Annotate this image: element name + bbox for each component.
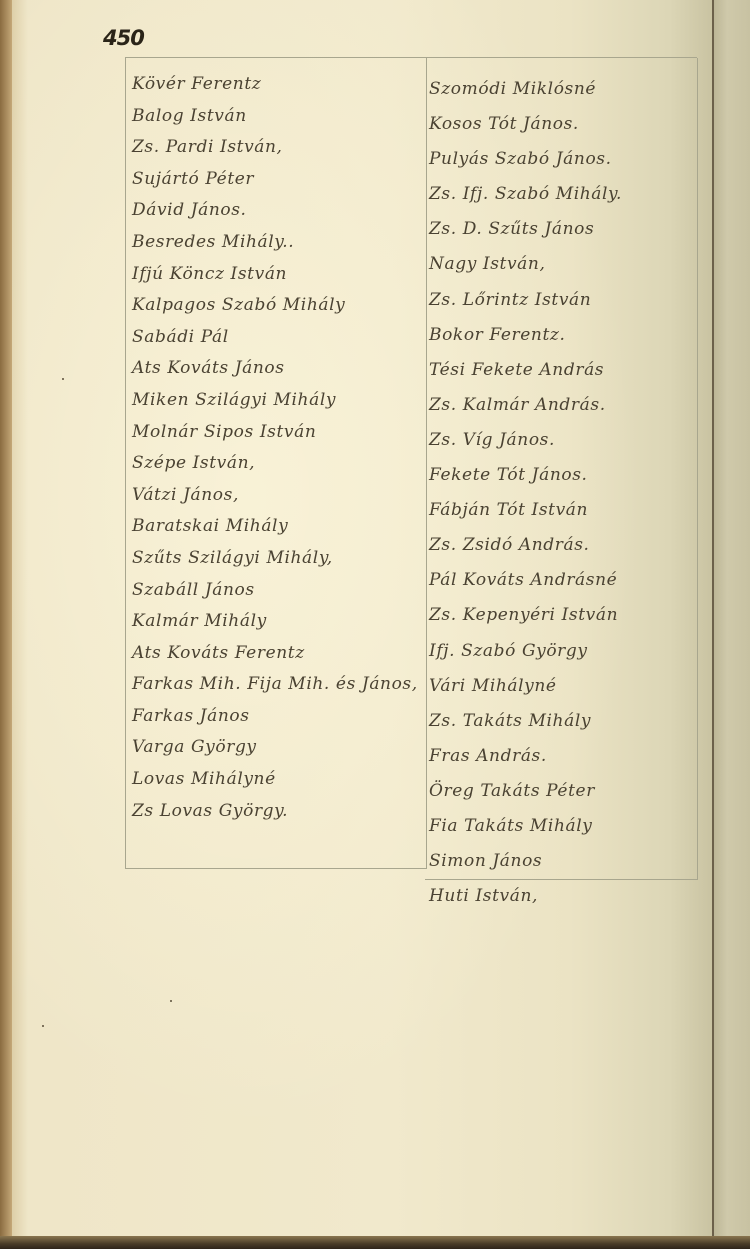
ruled-frame: Kövér FerentzBalog IstvánZs. Pardi Istvá…	[125, 57, 697, 879]
right-name-list: Szomódi MiklósnéKosos Tót János.Pulyás S…	[425, 58, 697, 914]
name-entry: Molnár Sipos István	[132, 417, 426, 449]
name-entry: Szabáll János	[132, 575, 426, 607]
name-entry: Zs. Lőrintz István	[429, 283, 697, 318]
name-entry: Ifjú Köncz István	[132, 259, 426, 291]
name-entry: Farkas János	[132, 701, 426, 733]
name-entry: Zs. Kalmár András.	[429, 388, 697, 423]
book-bottom-edge	[0, 1236, 750, 1249]
name-entry: Zs. D. Szűts János	[429, 212, 697, 247]
name-entry: Öreg Takáts Péter	[429, 774, 697, 809]
name-entry: Kalmár Mihály	[132, 606, 426, 638]
name-entry: Lovas Mihályné	[132, 764, 426, 796]
name-entry: Pál Kováts Andrásné	[429, 563, 697, 598]
next-page-edge	[712, 0, 750, 1249]
name-entry: Zs. Víg János.	[429, 423, 697, 458]
name-entry: Sabádi Pál	[132, 322, 426, 354]
name-entry: Kosos Tót János.	[429, 107, 697, 142]
name-entry: Varga György	[132, 732, 426, 764]
name-entry: Kalpagos Szabó Mihály	[132, 290, 426, 322]
name-entry: Nagy István,	[429, 247, 697, 282]
name-entry: Szűts Szilágyi Mihály,	[132, 543, 426, 575]
name-entry: Tési Fekete András	[429, 353, 697, 388]
left-name-list: Kövér FerentzBalog IstvánZs. Pardi Istvá…	[126, 58, 426, 827]
name-entry: Zs. Ifj. Szabó Mihály.	[429, 177, 697, 212]
name-entry: Simon János	[429, 844, 697, 879]
name-entry: Zs. Kepenyéri István	[429, 598, 697, 633]
name-entry: Fábján Tót István	[429, 493, 697, 528]
name-entry: Pulyás Szabó János.	[429, 142, 697, 177]
name-entry: Zs. Zsidó András.	[429, 528, 697, 563]
left-name-column: Kövér FerentzBalog IstvánZs. Pardi Istvá…	[125, 58, 427, 869]
name-entry: Ifj. Szabó György	[429, 634, 697, 669]
name-entry: Miken Szilágyi Mihály	[132, 385, 426, 417]
name-entry: Farkas Mih. Fija Mih. és János,	[132, 669, 426, 701]
name-entry: Baratskai Mihály	[132, 511, 426, 543]
name-entry: Zs. Pardi István,	[132, 132, 426, 164]
name-entry: Besredes Mihály..	[132, 227, 426, 259]
name-entry: Zs Lovas György.	[132, 796, 426, 828]
paper-speck	[170, 1000, 172, 1002]
right-name-column: Szomódi MiklósnéKosos Tót János.Pulyás S…	[425, 58, 698, 880]
paper-speck	[42, 1025, 44, 1027]
name-entry: Balog István	[132, 101, 426, 133]
register-page: 450 Kövér FerentzBalog IstvánZs. Pardi I…	[0, 0, 714, 1240]
paper-speck	[62, 378, 64, 380]
name-entry: Zs. Takáts Mihály	[429, 704, 697, 739]
name-entry: Vátzi János,	[132, 480, 426, 512]
name-entry: Szépe István,	[132, 448, 426, 480]
name-entry: Fekete Tót János.	[429, 458, 697, 493]
page-number: 450	[103, 26, 144, 50]
name-entry: Dávid János.	[132, 195, 426, 227]
name-entry: Huti István,	[429, 879, 697, 914]
name-entry: Vári Mihályné	[429, 669, 697, 704]
name-entry: Fia Takáts Mihály	[429, 809, 697, 844]
name-entry: Kövér Ferentz	[132, 69, 426, 101]
name-entry: Ats Kováts János	[132, 353, 426, 385]
name-entry: Sujártó Péter	[132, 164, 426, 196]
name-entry: Ats Kováts Ferentz	[132, 638, 426, 670]
name-entry: Bokor Ferentz.	[429, 318, 697, 353]
name-entry: Fras András.	[429, 739, 697, 774]
name-entry: Szomódi Miklósné	[429, 72, 697, 107]
